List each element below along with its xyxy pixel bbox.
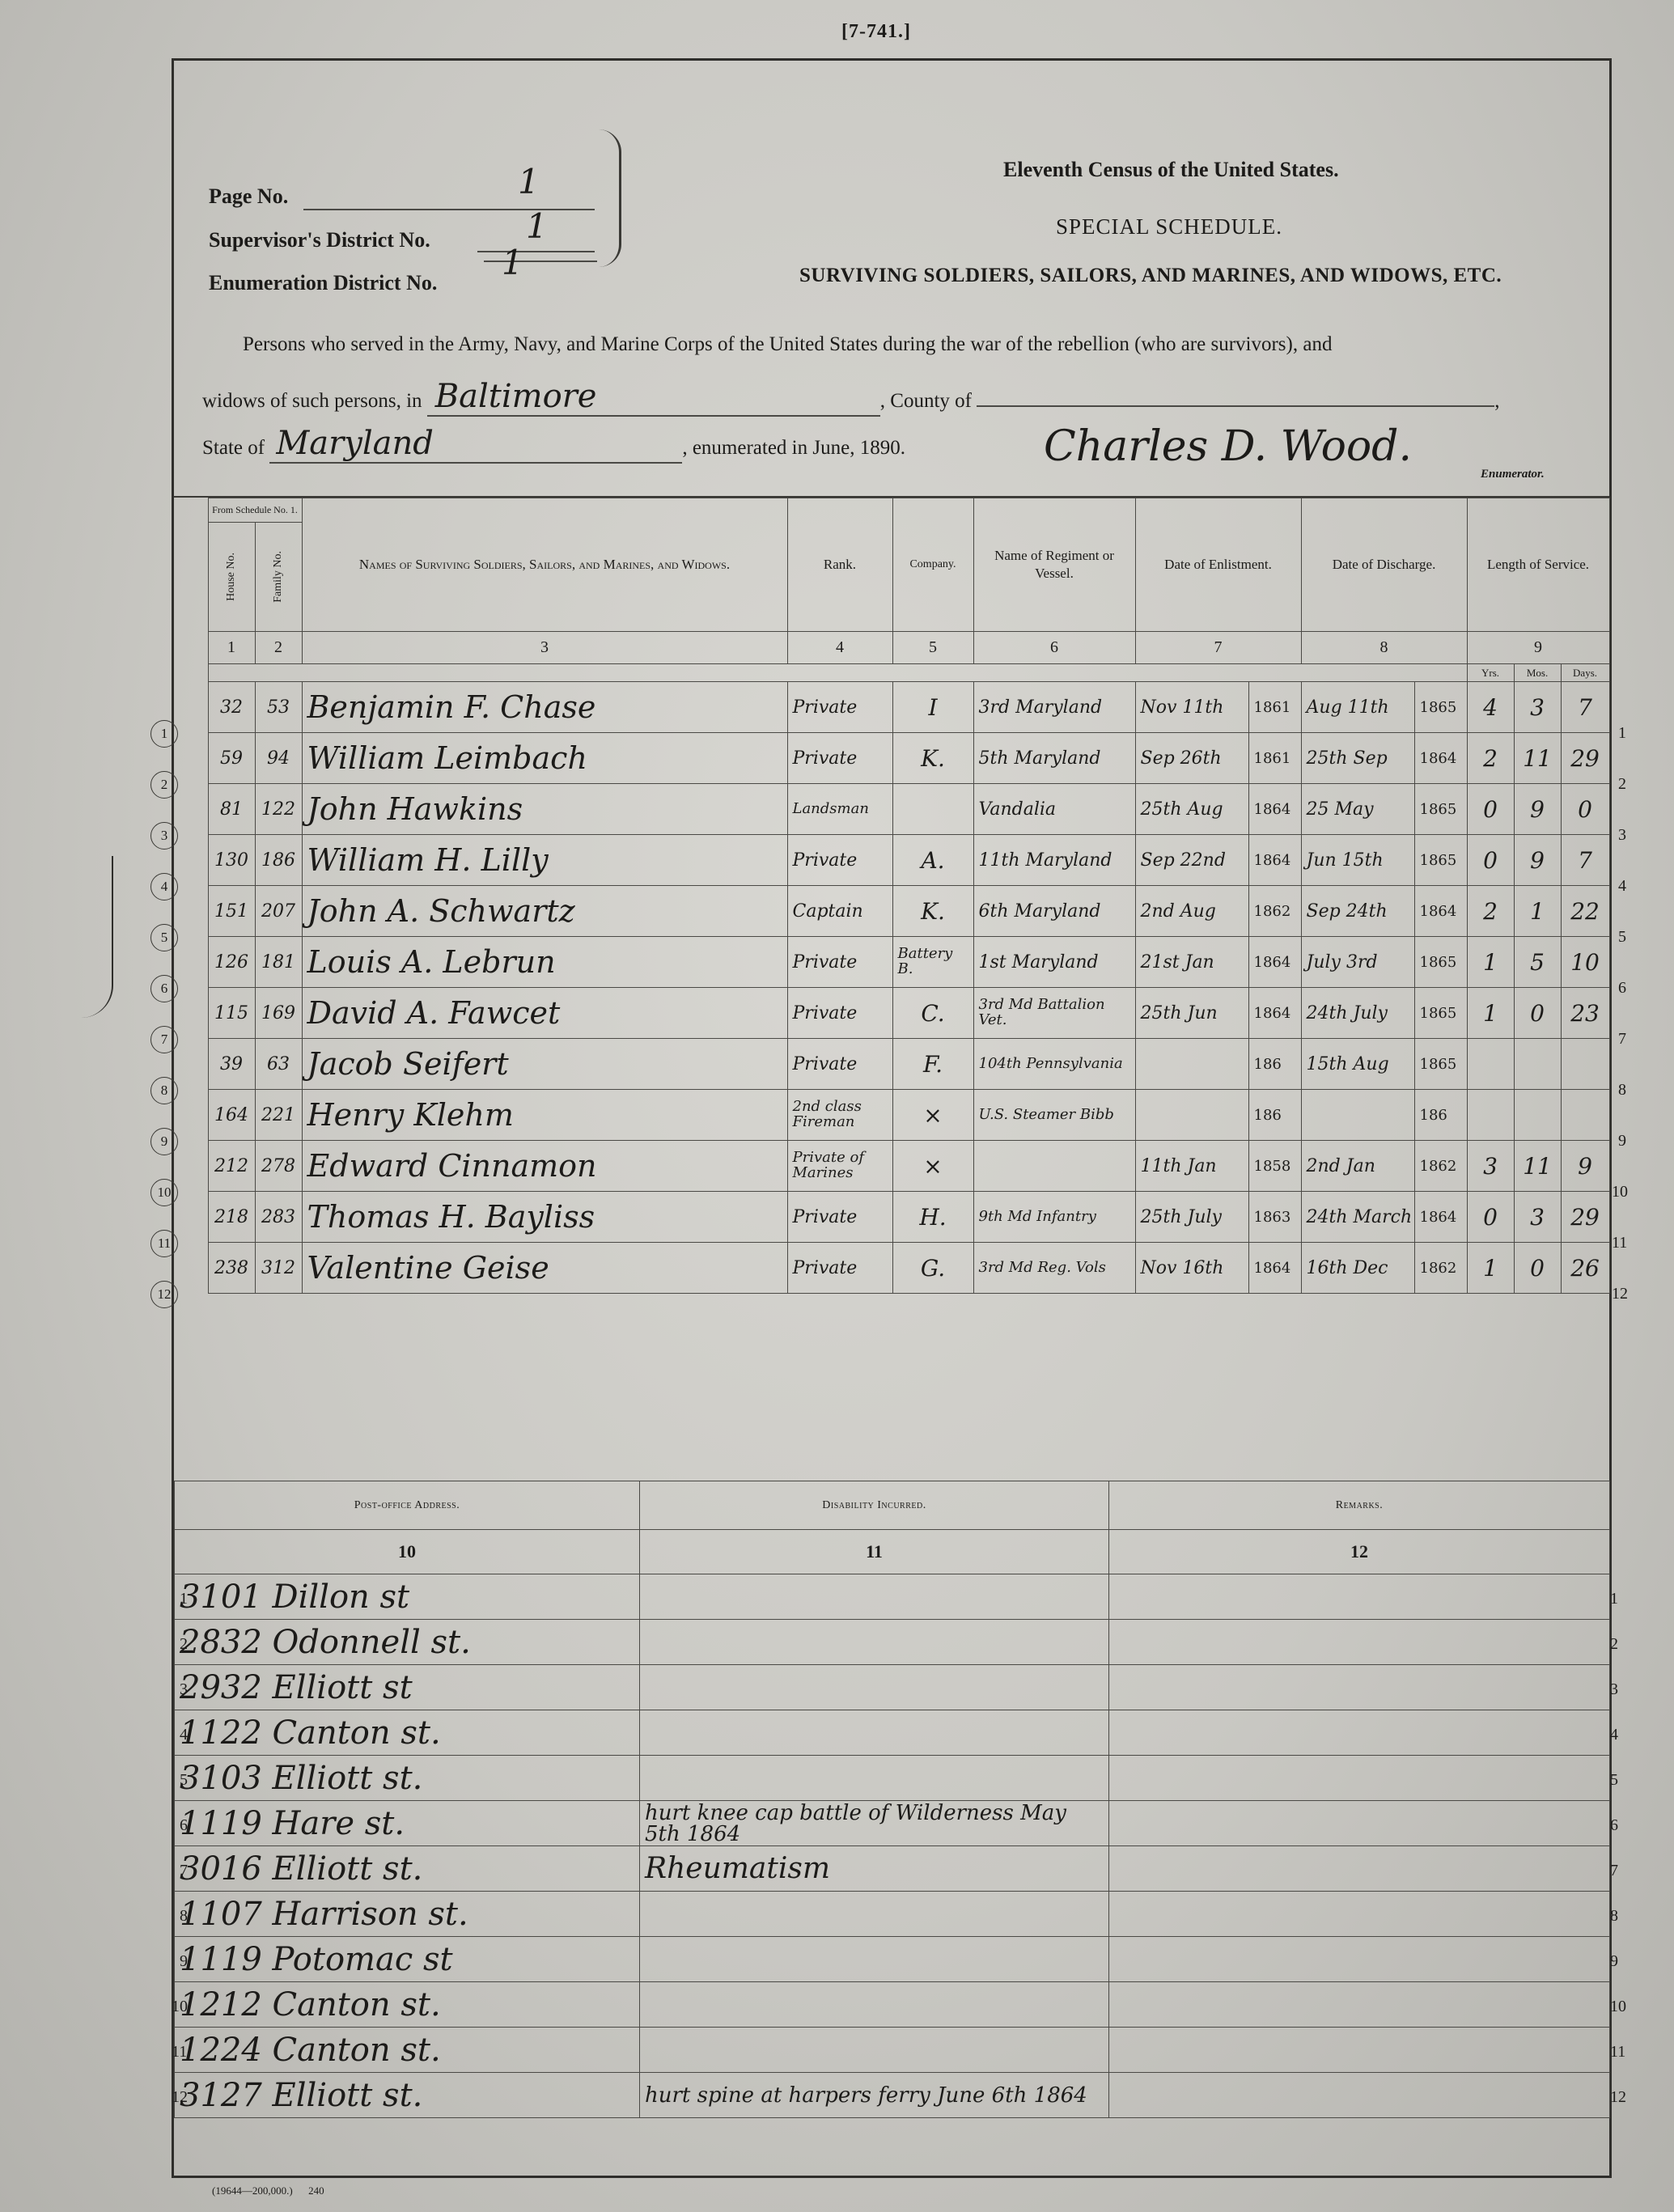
row-number-right: 6 (1618, 979, 1626, 998)
service-header: Length of Service. (1467, 498, 1609, 632)
regiment: 3rd Maryland (973, 682, 1135, 733)
family-no: 283 (255, 1192, 302, 1243)
lower-row-number-left: 3 (180, 1680, 188, 1699)
regiment: U.S. Steamer Bibb (973, 1090, 1135, 1141)
enlist-date: 2nd Aug (1135, 886, 1248, 937)
lower-row-number-left: 4 (180, 1726, 188, 1744)
service-yrs: 0 (1467, 835, 1514, 886)
service-days: 7 (1561, 682, 1609, 733)
col-num-7: 7 (1135, 632, 1301, 664)
address-table: Post-office Address. Disability Incurred… (174, 1481, 1610, 2118)
row-number-right: 5 (1618, 928, 1626, 947)
address-row: 3101 Dillon st (175, 1574, 1610, 1620)
discharge-header: Date of Discharge. (1301, 498, 1467, 632)
post-office-address: 1119 Hare st. (175, 1801, 640, 1846)
enlist-date: 25th Jun (1135, 988, 1248, 1039)
service-yrs: 2 (1467, 886, 1514, 937)
service-days: 7 (1561, 835, 1609, 886)
supervisor-line (477, 251, 595, 252)
remarks (1109, 1710, 1610, 1756)
address-row: 3016 Elliott st. Rheumatism (175, 1846, 1610, 1892)
lower-row-number-left: 11 (172, 2043, 187, 2062)
enlist-year: 1861 (1248, 733, 1301, 784)
regiment: 1st Maryland (973, 937, 1135, 988)
service-mos: 9 (1514, 784, 1561, 835)
enlist-year: 1864 (1248, 937, 1301, 988)
row-number-left: 12 (150, 1281, 178, 1308)
remarks-header: Remarks. (1109, 1481, 1610, 1530)
enlist-year: 1862 (1248, 886, 1301, 937)
disch-year: 1864 (1414, 733, 1467, 784)
house-no: 130 (208, 835, 255, 886)
regiment: 3rd Md Battalion Vet. (973, 988, 1135, 1039)
address-row: 2932 Elliott st (175, 1665, 1610, 1710)
row-number-left: 8 (150, 1077, 178, 1104)
disch-year: 1865 (1414, 682, 1467, 733)
disch-date: 25 May (1301, 784, 1414, 835)
title-schedule: SPECIAL SCHEDULE. (1056, 214, 1282, 239)
remarks (1109, 1846, 1610, 1892)
company: H. (892, 1192, 973, 1243)
row-number-left: 10 (150, 1179, 178, 1206)
row-number-left: 6 (150, 975, 178, 1002)
post-office-address: 2932 Elliott st (175, 1665, 640, 1710)
col-num-6: 6 (973, 632, 1135, 664)
service-yrs: 3 (1467, 1141, 1514, 1192)
company: × (892, 1141, 973, 1192)
enlist-date: Nov 16th (1135, 1243, 1248, 1294)
disability (640, 2028, 1109, 2073)
post-office-address: 1224 Canton st. (175, 2028, 640, 2073)
family-no: 169 (255, 988, 302, 1039)
soldier-name: Thomas H. Bayliss (302, 1192, 787, 1243)
rank-header: Rank. (787, 498, 892, 632)
rank: Private (787, 1039, 892, 1090)
state-value: Maryland (269, 425, 682, 464)
remarks (1109, 1620, 1610, 1665)
disch-year: 1865 (1414, 784, 1467, 835)
post-office-address: 1122 Canton st. (175, 1710, 640, 1756)
county-label: , County of (880, 390, 972, 412)
disch-year: 1865 (1414, 1039, 1467, 1090)
enlist-date: Sep 26th (1135, 733, 1248, 784)
col-num-5: 5 (892, 632, 973, 664)
lower-row-number-right: 12 (1610, 2088, 1626, 2107)
service-days: 0 (1561, 784, 1609, 835)
service-yrs: 1 (1467, 1243, 1514, 1294)
mos-header: Mos. (1514, 664, 1561, 682)
disch-year: 1865 (1414, 937, 1467, 988)
enumerator-signature: Charles D. Wood. (1044, 422, 1412, 471)
enlist-year: 1858 (1248, 1141, 1301, 1192)
lower-row-number-right: 2 (1610, 1635, 1618, 1654)
company: × (892, 1090, 973, 1141)
enlistment-header: Date of Enlistment. (1135, 498, 1301, 632)
table-row: 218 283 Thomas H. Bayliss Private H. 9th… (174, 1192, 1609, 1243)
house-no: 126 (208, 937, 255, 988)
title-subject: SURVIVING SOLDIERS, SAILORS, AND MARINES… (799, 265, 1502, 287)
row-number-right: 11 (1612, 1234, 1627, 1252)
service-mos (1514, 1039, 1561, 1090)
col-num-11: 11 (640, 1530, 1109, 1574)
row-number-right: 10 (1612, 1183, 1628, 1201)
disability (640, 1665, 1109, 1710)
company: I (892, 682, 973, 733)
row-number-right: 12 (1612, 1285, 1628, 1303)
company: K. (892, 886, 973, 937)
enlist-year: 186 (1248, 1039, 1301, 1090)
company: G. (892, 1243, 973, 1294)
house-no: 151 (208, 886, 255, 937)
from-schedule-header: From Schedule No. 1. (208, 498, 302, 523)
regiment: 3rd Md Reg. Vols (973, 1243, 1135, 1294)
page-no-line (303, 209, 595, 210)
disch-year: 1862 (1414, 1141, 1467, 1192)
row-number-left: 2 (150, 771, 178, 799)
company: A. (892, 835, 973, 886)
regiment: Vandalia (973, 784, 1135, 835)
house-no: 212 (208, 1141, 255, 1192)
service-days: 29 (1561, 1192, 1609, 1243)
row-number-left: 7 (150, 1026, 178, 1053)
service-mos: 9 (1514, 835, 1561, 886)
soldier-name: Edward Cinnamon (302, 1141, 787, 1192)
enlist-date: 25th July (1135, 1192, 1248, 1243)
enlist-year: 1863 (1248, 1192, 1301, 1243)
rank: Landsman (787, 784, 892, 835)
remarks (1109, 1665, 1610, 1710)
disability (640, 1937, 1109, 1982)
table-row: 130 186 William H. Lilly Private A. 11th… (174, 835, 1609, 886)
row-number-right: 2 (1618, 775, 1626, 794)
company-header: Company. (892, 498, 973, 632)
enlist-date: Sep 22nd (1135, 835, 1248, 886)
post-office-address: 3016 Elliott st. (175, 1846, 640, 1892)
disch-year: 1865 (1414, 988, 1467, 1039)
company: Battery B. (892, 937, 973, 988)
disch-year: 186 (1414, 1090, 1467, 1141)
yrs-header: Yrs. (1467, 664, 1514, 682)
enlist-date: Nov 11th (1135, 682, 1248, 733)
rank: Private (787, 733, 892, 784)
lower-row-number-right: 1 (1610, 1590, 1618, 1608)
row-number-right: 7 (1618, 1030, 1626, 1049)
census-page: [7-741.] Page No. 1 Supervisor's Distric… (0, 0, 1674, 2212)
post-office-address: 1107 Harrison st. (175, 1892, 640, 1937)
family-no: 94 (255, 733, 302, 784)
address-row: 1122 Canton st. (175, 1710, 1610, 1756)
house-no: 164 (208, 1090, 255, 1141)
regiment-header: Name of Regiment or Vessel. (973, 498, 1135, 632)
disch-date: 15th Aug (1301, 1039, 1414, 1090)
col-num-1: 1 (208, 632, 255, 664)
house-no: 32 (208, 682, 255, 733)
left-margin (174, 498, 208, 664)
print-code: (19644—200,000.) 240 (212, 2184, 324, 2197)
disability: Rheumatism (640, 1846, 1109, 1892)
rank: Private (787, 937, 892, 988)
col-num-9: 9 (1467, 632, 1609, 664)
enlist-year: 186 (1248, 1090, 1301, 1141)
disch-year: 1862 (1414, 1243, 1467, 1294)
soldier-name: William Leimbach (302, 733, 787, 784)
address-row: 1212 Canton st. (175, 1982, 1610, 2028)
table-row: 39 63 Jacob Seifert Private F. 104th Pen… (174, 1039, 1609, 1090)
enlist-year: 1861 (1248, 682, 1301, 733)
family-no: 63 (255, 1039, 302, 1090)
service-mos: 0 (1514, 1243, 1561, 1294)
enlist-date: 21st Jan (1135, 937, 1248, 988)
header-brace (599, 129, 621, 267)
disch-date: 2nd Jan (1301, 1141, 1414, 1192)
enlist-date: 11th Jan (1135, 1141, 1248, 1192)
disch-date: 24th March (1301, 1192, 1414, 1243)
lower-row-number-left: 7 (180, 1862, 188, 1880)
margin-bracket-mark (65, 856, 113, 1018)
county-value (977, 405, 1494, 407)
disch-date: July 3rd (1301, 937, 1414, 988)
family-no: 53 (255, 682, 302, 733)
row-number-left: 3 (150, 822, 178, 850)
intro-line-2: widows of such persons, in Baltimore, Co… (202, 378, 1499, 417)
disch-date: Aug 11th (1301, 682, 1414, 733)
row-number-right: 3 (1618, 826, 1626, 845)
disability (640, 1574, 1109, 1620)
disch-date (1301, 1090, 1414, 1141)
address-row: 1119 Hare st. hurt knee cap battle of Wi… (175, 1801, 1610, 1846)
remarks (1109, 1892, 1610, 1937)
soldier-name: Benjamin F. Chase (302, 682, 787, 733)
col-num-4: 4 (787, 632, 892, 664)
lower-row-number-right: 11 (1610, 2043, 1625, 2062)
disch-date: 24th July (1301, 988, 1414, 1039)
lower-row-number-right: 4 (1610, 1726, 1618, 1744)
col-num-2: 2 (255, 632, 302, 664)
disability: hurt spine at harpers ferry June 6th 186… (640, 2073, 1109, 2118)
supervisor-label: Supervisor's District No. (209, 228, 430, 252)
enumeration-label: Enumeration District No. (209, 271, 437, 295)
disability (640, 1892, 1109, 1937)
service-days: 22 (1561, 886, 1609, 937)
rank: Private of Marines (787, 1141, 892, 1192)
remarks (1109, 1574, 1610, 1620)
regiment: 9th Md Infantry (973, 1192, 1135, 1243)
enlist-date (1135, 1090, 1248, 1141)
address-row: 3127 Elliott st. hurt spine at harpers f… (175, 2073, 1610, 2118)
regiment: 6th Maryland (973, 886, 1135, 937)
disch-year: 1864 (1414, 1192, 1467, 1243)
remarks (1109, 2073, 1610, 2118)
regiment (973, 1141, 1135, 1192)
house-no: 115 (208, 988, 255, 1039)
city-value: Baltimore (427, 378, 880, 417)
enumeration-value: 1 (502, 243, 523, 282)
house-no: 81 (208, 784, 255, 835)
company: F. (892, 1039, 973, 1090)
soldier-name: Valentine Geise (302, 1243, 787, 1294)
disability (640, 1756, 1109, 1801)
title-census: Eleventh Census of the United States. (1003, 158, 1339, 182)
lower-row-number-right: 10 (1610, 1998, 1626, 2016)
table-row: 126 181 Louis A. Lebrun Private Battery … (174, 937, 1609, 988)
rank: Private (787, 1243, 892, 1294)
lower-row-number-right: 7 (1610, 1862, 1618, 1880)
enlist-year: 1864 (1248, 835, 1301, 886)
lower-row-number-left: 2 (180, 1635, 188, 1654)
service-mos: 11 (1514, 1141, 1561, 1192)
soldier-name: John Hawkins (302, 784, 787, 835)
soldier-name: Jacob Seifert (302, 1039, 787, 1090)
service-yrs (1467, 1090, 1514, 1141)
house-no: 218 (208, 1192, 255, 1243)
enlist-year: 1864 (1248, 1243, 1301, 1294)
disch-date: Sep 24th (1301, 886, 1414, 937)
enumerated-text: , enumerated in June, 1890. (682, 437, 905, 459)
soldier-name: William H. Lilly (302, 835, 787, 886)
row-number-left: 1 (150, 720, 178, 748)
service-mos: 3 (1514, 1192, 1561, 1243)
service-yrs (1467, 1039, 1514, 1090)
form-number: [7-741.] (841, 21, 911, 43)
table-row: 212 278 Edward Cinnamon Private of Marin… (174, 1141, 1609, 1192)
lower-row-number-right: 3 (1610, 1680, 1618, 1699)
rank: 2nd class Fireman (787, 1090, 892, 1141)
post-office-address: 1119 Potomac st (175, 1937, 640, 1982)
service-mos: 3 (1514, 682, 1561, 733)
house-no-header: House No. (208, 523, 255, 632)
rank: Private (787, 682, 892, 733)
enlist-year: 1864 (1248, 988, 1301, 1039)
row-number-left: 9 (150, 1128, 178, 1155)
days-header: Days. (1561, 664, 1609, 682)
service-days: 23 (1561, 988, 1609, 1039)
names-header: Names of Surviving Soldiers, Sailors, an… (302, 498, 787, 632)
row-number-right: 9 (1618, 1132, 1626, 1150)
service-yrs: 1 (1467, 937, 1514, 988)
family-no: 312 (255, 1243, 302, 1294)
soldier-name: Henry Klehm (302, 1090, 787, 1141)
post-office-address: 3101 Dillon st (175, 1574, 640, 1620)
widows-text: widows of such persons, in (202, 390, 422, 412)
family-no: 186 (255, 835, 302, 886)
service-yrs: 1 (1467, 988, 1514, 1039)
row-number-left: 5 (150, 924, 178, 951)
address-row: 3103 Elliott st. (175, 1756, 1610, 1801)
state-label: State of (202, 437, 265, 459)
disch-date: Jun 15th (1301, 835, 1414, 886)
regiment: 11th Maryland (973, 835, 1135, 886)
row-number-right: 1 (1618, 724, 1626, 743)
soldier-name: Louis A. Lebrun (302, 937, 787, 988)
service-mos: 11 (1514, 733, 1561, 784)
lower-row-number-left: 12 (172, 2088, 188, 2107)
post-office-address: 2832 Odonnell st. (175, 1620, 640, 1665)
lower-row-number-left: 6 (180, 1816, 188, 1835)
table-row: 59 94 William Leimbach Private K. 5th Ma… (174, 733, 1609, 784)
remarks (1109, 1937, 1610, 1982)
soldier-name: John A. Schwartz (302, 886, 787, 937)
regiment: 104th Pennsylvania (973, 1039, 1135, 1090)
table-row: 81 122 John Hawkins Landsman Vandalia 25… (174, 784, 1609, 835)
service-mos: 0 (1514, 988, 1561, 1039)
house-no: 59 (208, 733, 255, 784)
disch-date: 25th Sep (1301, 733, 1414, 784)
address-header: Post-office Address. (175, 1481, 640, 1530)
rank: Captain (787, 886, 892, 937)
row-number-left: 4 (150, 873, 178, 900)
remarks (1109, 1756, 1610, 1801)
intro-line-1: Persons who served in the Army, Navy, an… (243, 333, 1332, 356)
company: C. (892, 988, 973, 1039)
row-number-right: 4 (1618, 877, 1626, 896)
service-days: 10 (1561, 937, 1609, 988)
table-row: 151 207 John A. Schwartz Captain K. 6th … (174, 886, 1609, 937)
supervisor-value: 1 (526, 206, 548, 246)
soldier-name: David A. Fawcet (302, 988, 787, 1039)
service-mos: 1 (1514, 886, 1561, 937)
family-no: 207 (255, 886, 302, 937)
disability-header: Disability Incurred. (640, 1481, 1109, 1530)
service-mos (1514, 1090, 1561, 1141)
house-no: 39 (208, 1039, 255, 1090)
service-days: 9 (1561, 1141, 1609, 1192)
enlist-date: 25th Aug (1135, 784, 1248, 835)
service-days (1561, 1090, 1609, 1141)
service-days (1561, 1039, 1609, 1090)
remarks (1109, 1801, 1610, 1846)
enlist-date (1135, 1039, 1248, 1090)
address-row: 1119 Potomac st (175, 1937, 1610, 1982)
table-row: 238 312 Valentine Geise Private G. 3rd M… (174, 1243, 1609, 1294)
disability: hurt knee cap battle of Wilderness May 5… (640, 1801, 1109, 1846)
service-days: 26 (1561, 1243, 1609, 1294)
col-num-12: 12 (1109, 1530, 1610, 1574)
company (892, 784, 973, 835)
address-row: 1224 Canton st. (175, 2028, 1610, 2073)
disch-date: 16th Dec (1301, 1243, 1414, 1294)
col-num-3: 3 (302, 632, 787, 664)
company: K. (892, 733, 973, 784)
table-row: 32 53 Benjamin F. Chase Private I 3rd Ma… (174, 682, 1609, 733)
rank: Private (787, 1192, 892, 1243)
lower-row-number-left: 1 (180, 1590, 188, 1608)
page-no-label: Page No. (209, 184, 288, 209)
remarks (1109, 2028, 1610, 2073)
service-yrs: 4 (1467, 682, 1514, 733)
rank: Private (787, 835, 892, 886)
col-num-8: 8 (1301, 632, 1467, 664)
lower-row-number-right: 9 (1610, 1952, 1618, 1971)
address-row: 1107 Harrison st. (175, 1892, 1610, 1937)
disch-year: 1865 (1414, 835, 1467, 886)
lower-row-number-left: 10 (172, 1998, 188, 2016)
table-row: 164 221 Henry Klehm 2nd class Fireman × … (174, 1090, 1609, 1141)
service-yrs: 0 (1467, 784, 1514, 835)
lower-row-number-right: 5 (1610, 1771, 1618, 1790)
family-no: 221 (255, 1090, 302, 1141)
regiment: 5th Maryland (973, 733, 1135, 784)
enumerator-label: Enumerator. (1481, 468, 1545, 481)
remarks (1109, 1982, 1610, 2028)
post-office-address: 3127 Elliott st. (175, 2073, 640, 2118)
family-no-header: Family No. (255, 523, 302, 632)
enlist-year: 1864 (1248, 784, 1301, 835)
soldiers-table: From Schedule No. 1. Names of Surviving … (174, 498, 1610, 1294)
col-num-10: 10 (175, 1530, 640, 1574)
lower-row-number-right: 8 (1610, 1907, 1618, 1926)
enumeration-line (484, 261, 597, 262)
service-yrs: 0 (1467, 1192, 1514, 1243)
